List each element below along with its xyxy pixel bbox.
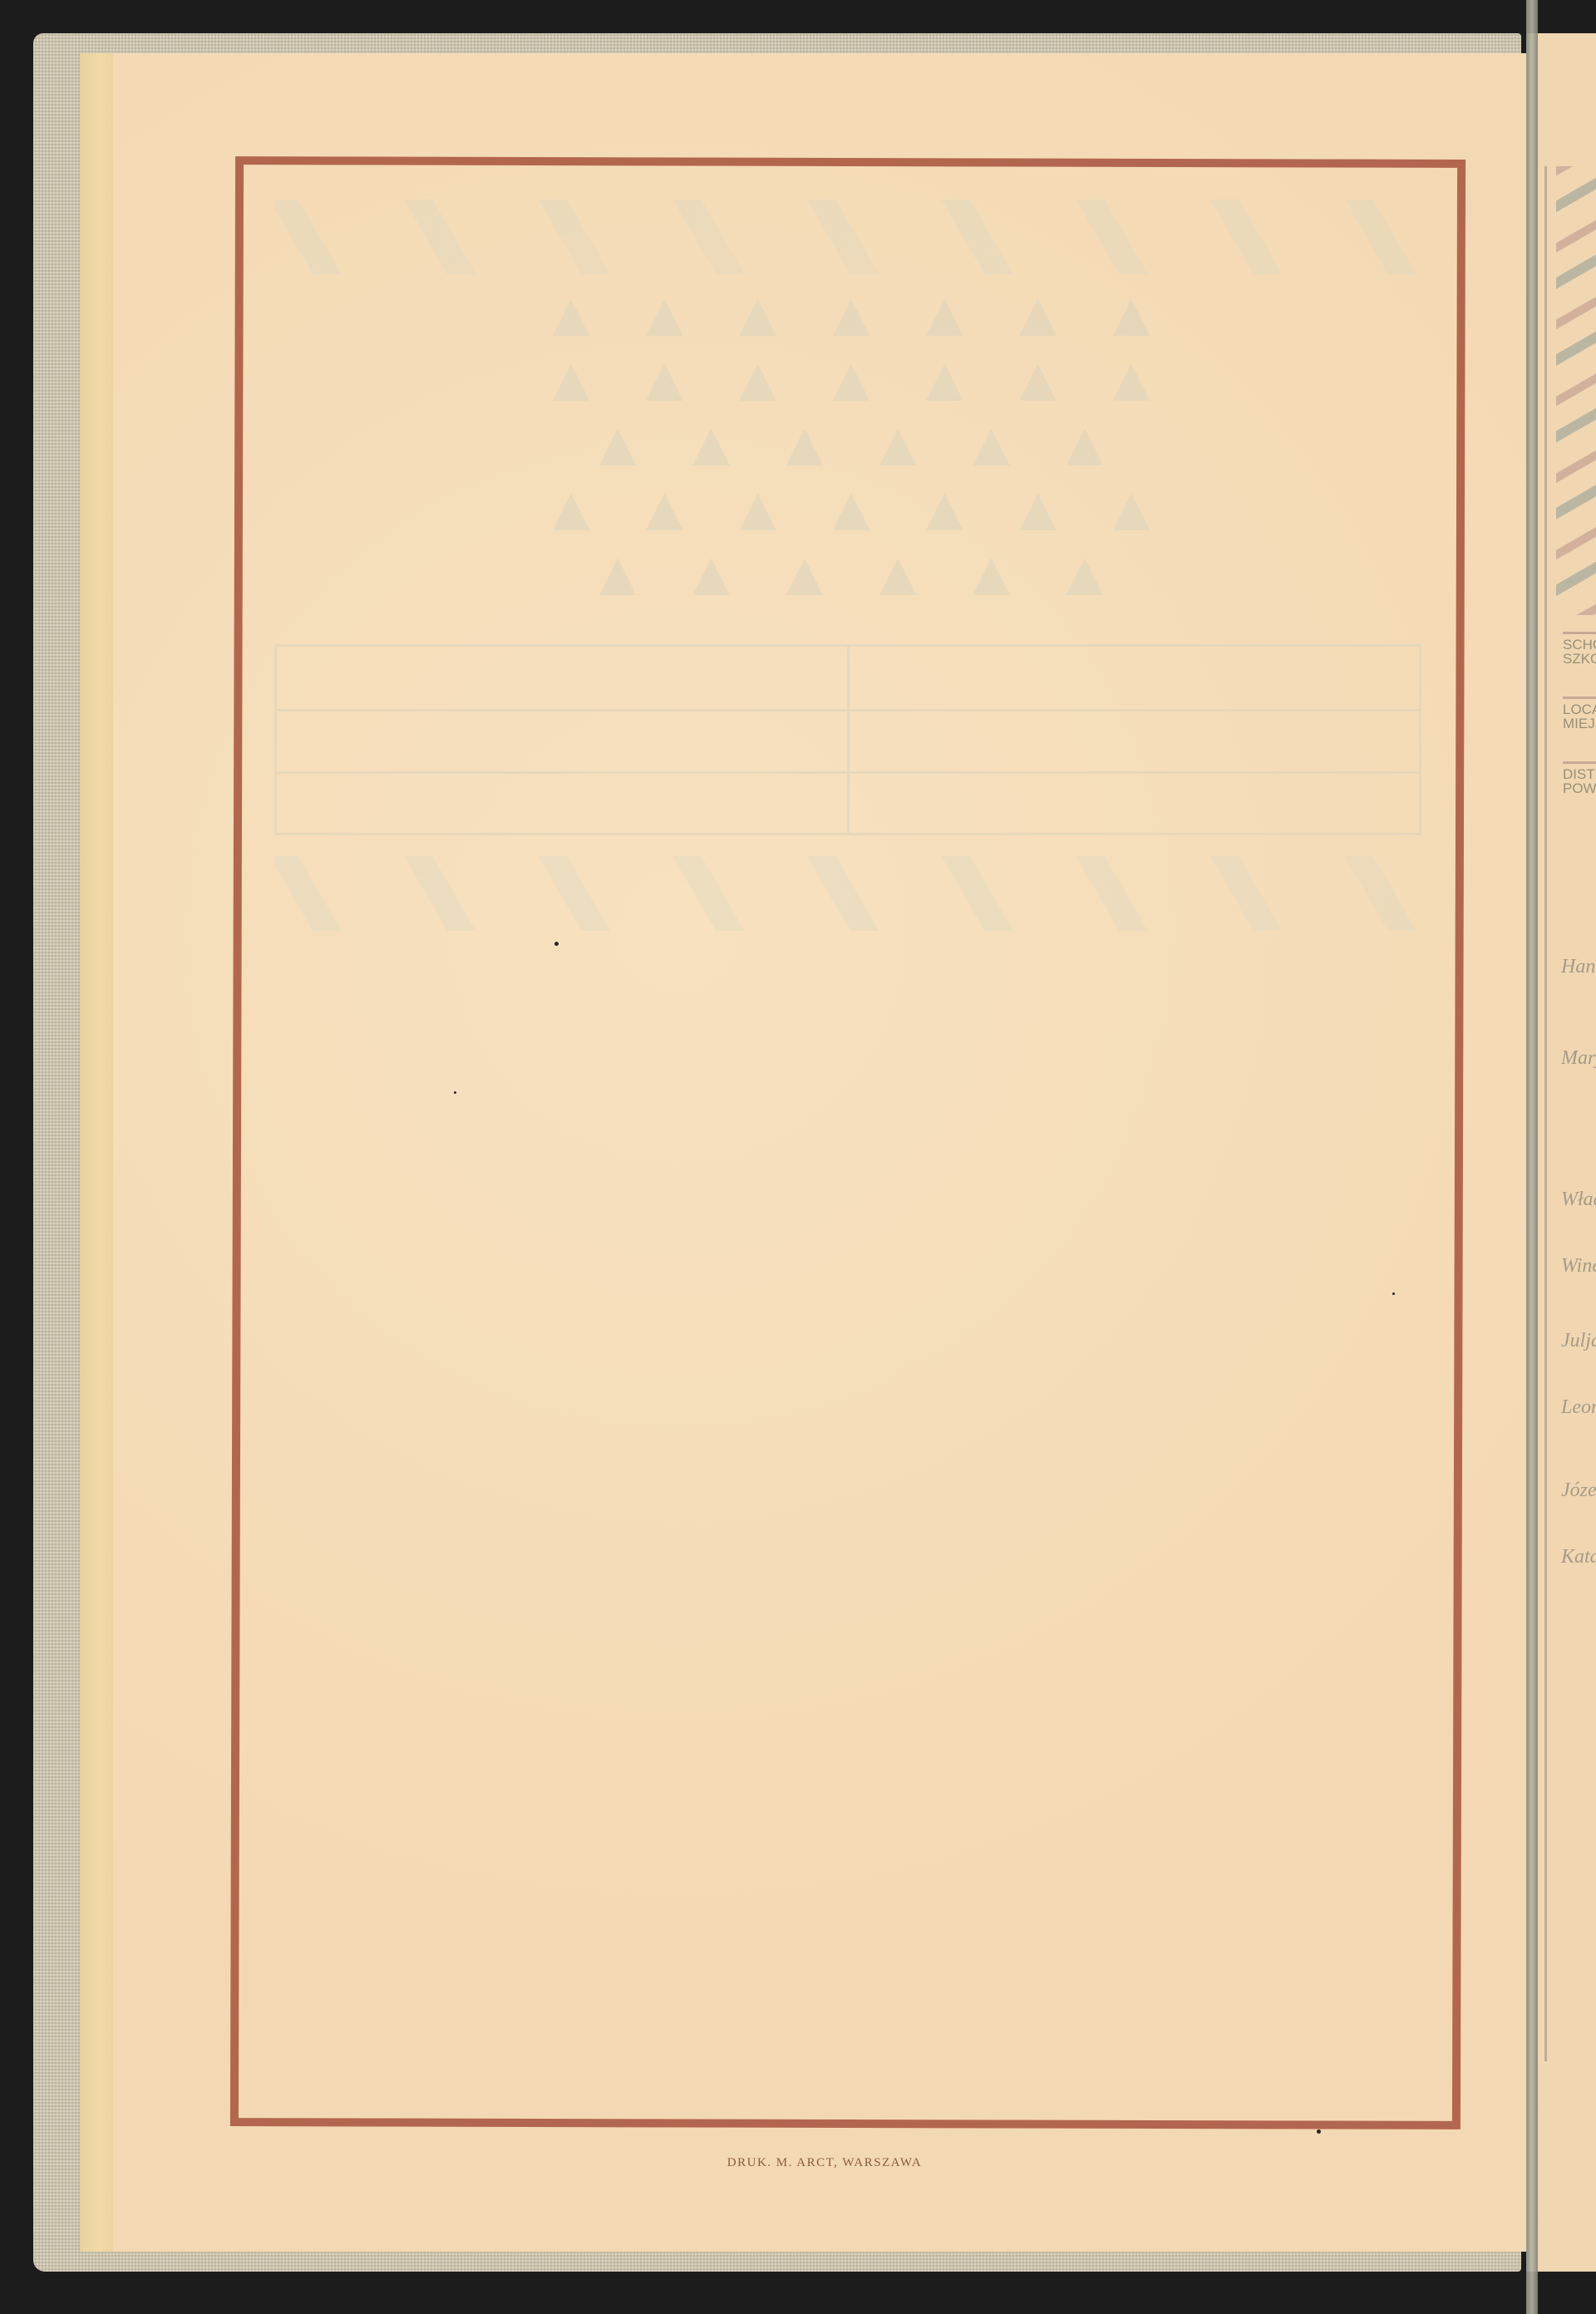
handwritten-entry: Hanis	[1561, 956, 1596, 978]
label-en: SCHOOL	[1563, 638, 1596, 652]
handwritten-entry: Leon	[1561, 1396, 1596, 1419]
paper-speck	[1317, 2129, 1321, 2134]
label-pl: SZKOŁA	[1563, 652, 1596, 666]
glass-plate-edge	[1526, 0, 1538, 2314]
handwritten-entry: Marja	[1561, 1047, 1596, 1070]
handwritten-entry: Julja	[1561, 1330, 1596, 1352]
adjacent-label-locality: LOCALITY MIEJSCOWOŚĆ	[1563, 697, 1596, 731]
adjacent-page-ornament	[1556, 166, 1596, 615]
handwritten-entry: Władys	[1561, 1189, 1596, 1211]
adjacent-label-district: DISTRICT POWIAT	[1563, 761, 1596, 795]
handwritten-entry: Wincent	[1561, 1255, 1596, 1278]
label-en: DISTRICT	[1563, 767, 1596, 781]
printer-imprint: DRUK. M. ARCT, WARSZAWA	[0, 2156, 1596, 2170]
handwritten-entry: Józef	[1561, 1479, 1596, 1502]
paper-speck	[1392, 1292, 1395, 1295]
label-pl: POWIAT	[1563, 781, 1596, 795]
decorative-frame	[230, 156, 1465, 2129]
paper-speck	[454, 1091, 456, 1094]
adjacent-label-school: SCHOOL SZKOŁA	[1563, 632, 1596, 666]
paper-speck	[554, 942, 559, 946]
handwritten-entry: Katarz	[1561, 1546, 1596, 1568]
label-en: LOCALITY	[1563, 702, 1596, 716]
label-pl: MIEJSCOWOŚĆ	[1563, 716, 1596, 731]
